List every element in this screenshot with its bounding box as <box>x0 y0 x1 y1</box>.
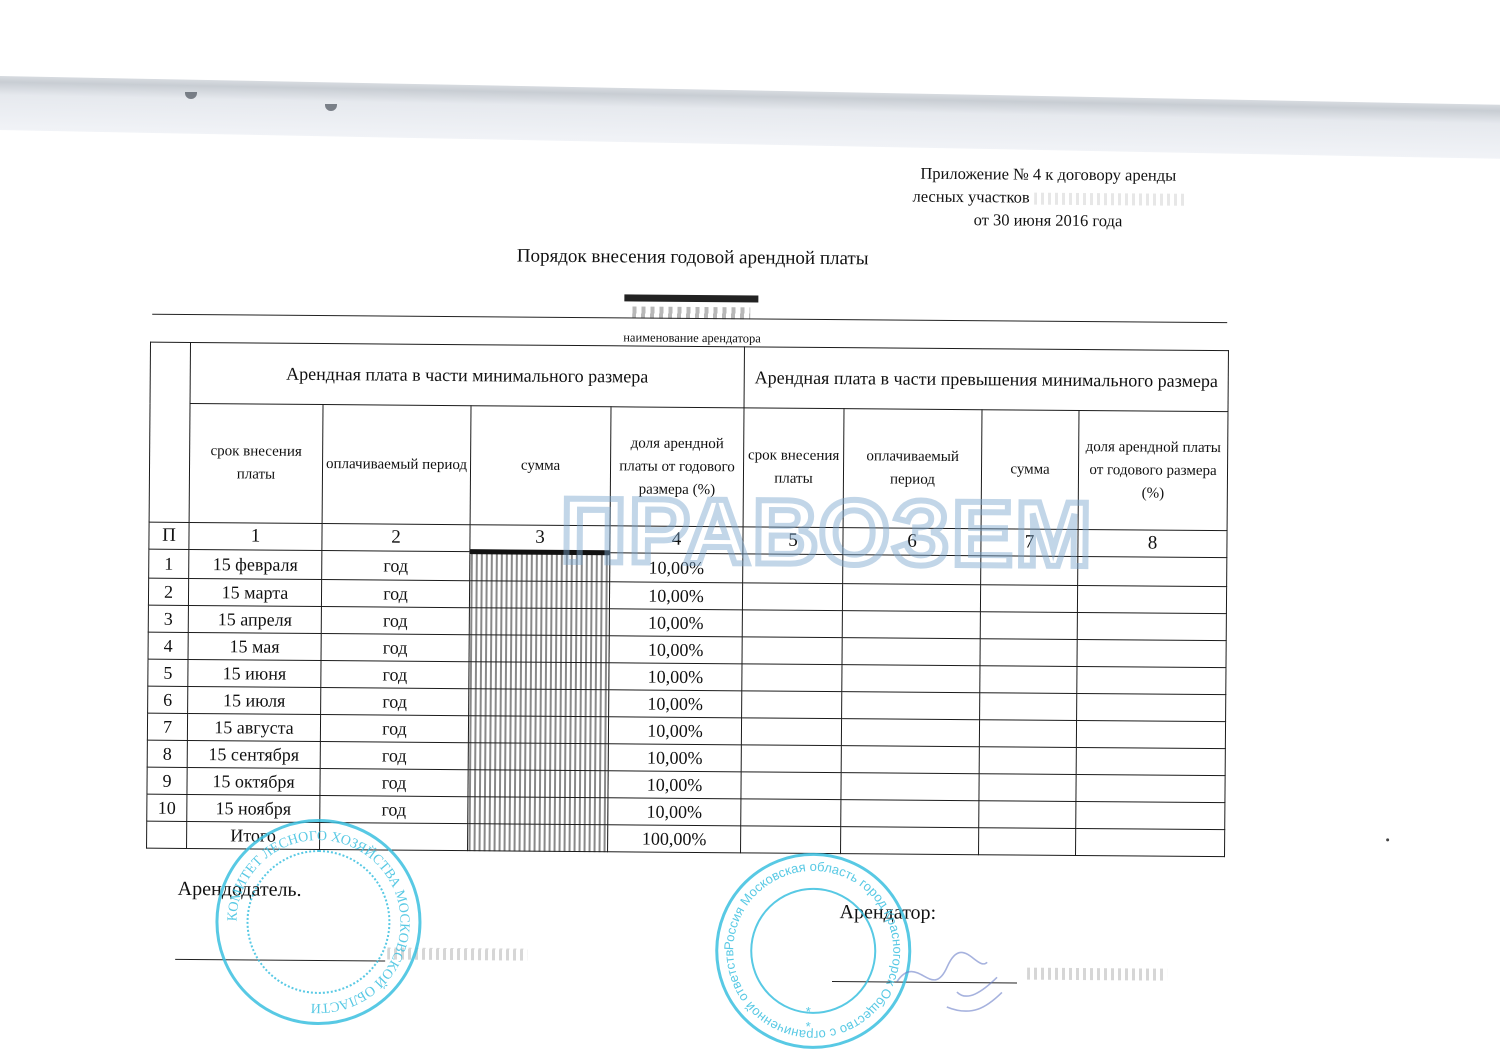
payment-deadline: 15 апреля <box>188 605 321 633</box>
excess-deadline-cell <box>742 610 842 638</box>
excess-period-cell <box>842 584 980 612</box>
appendix-line-2: лесных участков <box>863 184 1233 210</box>
redacted-sum <box>468 797 608 825</box>
paid-period: год <box>320 769 468 797</box>
lessee-handwritten-signature <box>887 931 1018 1022</box>
excess-deadline-cell <box>741 718 841 746</box>
group-header-excess: Арендная плата в части превышения минима… <box>744 347 1228 412</box>
share-percent: 10,00% <box>609 582 742 610</box>
redacted-sum <box>468 716 608 744</box>
payment-deadline: 15 мая <box>188 632 321 660</box>
excess-period-cell <box>842 611 980 639</box>
excess-share-cell <box>1077 693 1226 721</box>
excess-sum-cell <box>979 774 1076 802</box>
share-percent: 10,00% <box>608 798 741 826</box>
redacted-total-sum <box>468 824 608 852</box>
lessor-signature-line <box>175 959 385 962</box>
paid-period: год <box>320 742 468 770</box>
excess-period-cell <box>842 665 980 693</box>
excess-share-cell <box>1076 774 1225 802</box>
lessee-seal-text: Россия Московская область город Красного… <box>718 855 907 1044</box>
redacted-lessor-signatory <box>387 948 527 961</box>
paid-period: год <box>322 551 470 581</box>
paid-period: год <box>321 661 469 689</box>
paid-period: год <box>321 634 469 662</box>
excess-period-cell <box>841 746 979 774</box>
excess-period-cell <box>842 692 980 720</box>
excess-period-cell <box>841 773 979 801</box>
paid-period: год <box>320 715 468 743</box>
document-title: Порядок внесения годовой арендной платы <box>433 245 953 271</box>
excess-sum-cell <box>980 612 1077 640</box>
paid-period: год <box>320 796 468 824</box>
total-number-cell <box>147 821 187 848</box>
excess-deadline-cell <box>741 799 841 827</box>
payment-deadline: 15 ноября <box>187 794 320 822</box>
paid-period: год <box>321 607 469 635</box>
share-percent: 10,00% <box>608 771 741 799</box>
redacted-sum <box>469 662 609 690</box>
lessor-seal-text: КОМИТЕТ ЛЕСНОГО ХОЗЯЙСТВА МОСКОВСКОЙ ОБЛ… <box>225 828 413 1016</box>
redacted-sum <box>469 608 609 636</box>
excess-sum-cell <box>979 801 1076 829</box>
redacted-sum <box>468 770 608 798</box>
redacted-sum <box>468 743 608 771</box>
total-label: Итого <box>187 821 320 849</box>
lessee-signature-line <box>832 981 1017 983</box>
col-number: 6 <box>843 528 981 556</box>
group-header-minimum: Арендная плата в части минимального разм… <box>190 342 745 407</box>
row-number: 3 <box>148 605 188 632</box>
col-number: П <box>149 522 189 549</box>
excess-deadline-cell <box>742 691 842 719</box>
row-number: 9 <box>147 767 187 794</box>
col-header-share-excess: доля арендной платы от годового размера … <box>1078 410 1228 530</box>
excess-period-cell <box>841 719 979 747</box>
excess-share-cell <box>1077 639 1226 667</box>
excess-deadline-cell <box>741 745 841 773</box>
col-header-sum: сумма <box>470 406 611 526</box>
col-number: 4 <box>610 526 743 554</box>
payment-deadline: 15 сентября <box>187 740 320 768</box>
row-number: 1 <box>149 549 189 578</box>
lessee-signature-label: Арендатор: <box>839 901 936 925</box>
col-number: 3 <box>470 525 610 553</box>
payment-deadline: 15 марта <box>188 578 321 606</box>
col-header-deadline-excess: срок внесения платы <box>743 408 844 528</box>
appendix-header: Приложение № 4 к договору аренды лесных … <box>863 161 1234 233</box>
excess-share-cell <box>1076 720 1225 748</box>
row-number: 6 <box>148 686 188 713</box>
redacted-lessee-signatory <box>1027 968 1167 981</box>
svg-text:Россия Московская область горо: Россия Московская область город Красного… <box>718 855 907 1044</box>
col-header-period: оплачиваемый период <box>322 405 471 525</box>
excess-deadline-cell <box>742 583 842 611</box>
share-percent: 10,00% <box>608 717 741 745</box>
row-number: 10 <box>147 794 187 821</box>
appendix-line-3: от 30 июня 2016 года <box>863 207 1233 233</box>
redacted-sum <box>469 635 609 663</box>
seal-asterisk: * <box>806 1004 811 1019</box>
document-page: Приложение № 4 к договору аренды лесных … <box>0 0 1500 1055</box>
redacted-sum <box>469 581 609 609</box>
share-percent: 10,00% <box>609 690 742 718</box>
excess-deadline-cell <box>742 664 842 692</box>
col-number: 7 <box>981 529 1078 557</box>
payment-deadline: 15 февраля <box>189 549 322 579</box>
redacted-contract-number <box>1034 193 1184 206</box>
paid-period: год <box>321 688 469 716</box>
redacted-sum <box>469 689 609 717</box>
col-number: 8 <box>1078 529 1227 557</box>
share-percent: 10,00% <box>609 663 742 691</box>
share-percent: 10,00% <box>609 636 742 664</box>
share-percent: 10,00% <box>609 609 742 637</box>
excess-sum-cell <box>980 693 1077 721</box>
row-number: 2 <box>148 578 188 605</box>
share-percent: 10,00% <box>608 744 741 772</box>
payment-deadline: 15 августа <box>187 713 320 741</box>
excess-share-cell <box>1077 666 1226 694</box>
share-percent: 10,00% <box>610 553 743 583</box>
total-share: 100,00% <box>608 825 741 853</box>
total-period-cell <box>320 823 468 851</box>
excess-deadline-cell <box>742 637 842 665</box>
excess-sum-cell <box>980 666 1077 694</box>
rent-payment-table: Арендная плата в части минимального разм… <box>146 342 1229 857</box>
col-header-share: доля арендной платы от годового размера … <box>610 407 744 527</box>
excess-sum-cell <box>981 556 1078 586</box>
excess-share-cell <box>1077 612 1226 640</box>
excess-share-cell <box>1076 801 1225 829</box>
payment-deadline: 15 июля <box>188 686 321 714</box>
excess-sum-cell <box>980 585 1077 613</box>
excess-period-cell <box>841 800 979 828</box>
excess-sum-cell <box>979 747 1076 775</box>
scan-speck <box>1386 838 1389 841</box>
row-number: 4 <box>148 632 188 659</box>
row-number: 7 <box>147 713 187 740</box>
col-header-deadline: срок внесения платы <box>189 403 323 523</box>
excess-deadline-cell <box>743 554 843 584</box>
col-header-period-excess: оплачиваемый период <box>843 409 982 529</box>
excess-share-cell <box>1078 556 1227 586</box>
seal-asterisk: * <box>806 1019 811 1034</box>
col-number: 2 <box>322 524 470 552</box>
excess-sum-cell <box>979 720 1076 748</box>
row-number: 8 <box>147 740 187 767</box>
excess-share-cell <box>1077 585 1226 613</box>
col-number: 1 <box>189 522 322 550</box>
excess-deadline-cell <box>741 772 841 800</box>
lessor-signature-label: Арендодатель. <box>178 878 302 902</box>
excess-share-cell <box>1076 747 1225 775</box>
paid-period: год <box>321 580 469 608</box>
payment-deadline: 15 июня <box>188 659 321 687</box>
row-number: 5 <box>148 659 188 686</box>
col-number: 5 <box>743 527 843 555</box>
svg-text:КОМИТЕТ ЛЕСНОГО ХОЗЯЙСТВА МОСК: КОМИТЕТ ЛЕСНОГО ХОЗЯЙСТВА МОСКОВСКОЙ ОБЛ… <box>225 828 413 1016</box>
col-header-sum-excess: сумма <box>981 410 1079 530</box>
row-number-header <box>149 342 190 522</box>
payment-deadline: 15 октября <box>187 767 320 795</box>
appendix-line-1: Приложение № 4 к договору аренды <box>863 161 1233 187</box>
excess-period-cell <box>842 638 980 666</box>
excess-period-cell <box>843 555 981 585</box>
excess-sum-cell <box>980 639 1077 667</box>
lessee-seal-stamp: Россия Московская область город Красного… <box>714 852 912 1050</box>
redacted-sum <box>470 552 610 582</box>
